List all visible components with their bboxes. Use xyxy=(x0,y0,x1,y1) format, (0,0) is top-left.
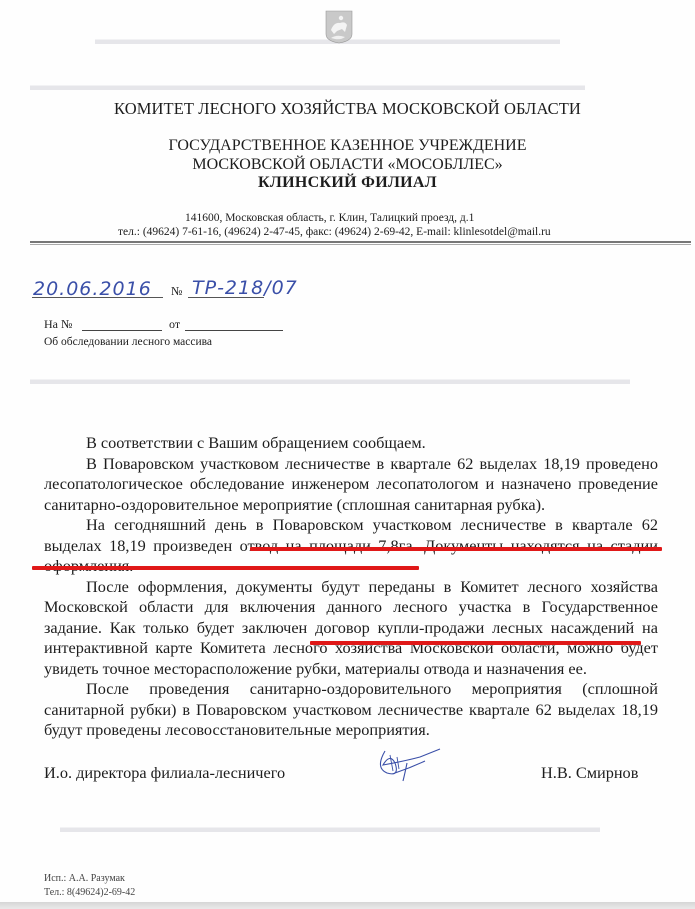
letterhead-divider-thin xyxy=(30,244,691,245)
reference-number-blank xyxy=(82,330,162,331)
reference-date-blank xyxy=(185,330,283,331)
number-underline xyxy=(188,297,264,298)
executor-phone: Тел.: 8(49624)2-69-42 xyxy=(44,887,135,898)
executor-name: Исп.: А.А. Разумак xyxy=(44,873,125,884)
handwritten-signature-icon xyxy=(365,743,445,793)
page-edge xyxy=(0,902,695,909)
highlight-underline xyxy=(250,547,662,551)
date-underline xyxy=(32,297,163,298)
highlight-underline xyxy=(310,641,641,645)
branch-name: КЛИНСКИЙ ФИЛИАЛ xyxy=(0,174,695,192)
paragraph-reforestation: После проведения санитарно-оздоровительн… xyxy=(44,679,658,741)
paragraph-inspection: В Поваровском участковом лесничестве в к… xyxy=(44,454,658,516)
coat-of-arms-icon xyxy=(325,10,353,44)
highlight-underline xyxy=(32,566,419,570)
signatory-name: Н.В. Смирнов xyxy=(541,763,638,783)
reference-number-label: На № xyxy=(44,317,72,332)
letter-subject: Об обследовании лесного массива xyxy=(44,336,212,348)
outgoing-number: ТР-218/07 xyxy=(192,277,298,299)
number-sign: № xyxy=(171,284,182,299)
paragraph-intro: В соответствии с Вашим обращением сообща… xyxy=(44,433,658,454)
contacts: тел.: (49624) 7-61-16, (49624) 2-47-45, … xyxy=(118,226,551,238)
bleed-through-text: ▬▬▬▬▬▬▬▬▬▬▬▬▬▬▬▬▬▬▬▬▬▬▬▬▬▬▬▬▬▬▬▬▬▬▬▬▬ xyxy=(30,78,585,95)
letter-body: В соответствии с Вашим обращением сообща… xyxy=(44,433,658,741)
bleed-through-text: ▬▬▬▬▬▬▬▬▬▬▬▬▬▬▬▬▬▬▬▬▬▬▬▬▬▬▬▬▬▬▬▬▬▬▬▬▬▬▬▬ xyxy=(30,372,630,389)
institution-name-line2: МОСКОВСКОЙ ОБЛАСТИ «МОСОБЛЛЕС» xyxy=(0,156,695,174)
reference-from-label: от xyxy=(169,317,180,332)
letterhead-divider xyxy=(30,241,691,243)
committee-name: КОМИТЕТ ЛЕСНОГО ХОЗЯЙСТВА МОСКОВСКОЙ ОБЛ… xyxy=(0,99,695,119)
institution-name-line1: ГОСУДАРСТВЕННОЕ КАЗЕННОЕ УЧРЕЖДЕНИЕ xyxy=(0,137,695,155)
address: 141600, Московская область, г. Клин, Тал… xyxy=(185,212,474,224)
paragraph-documents: После оформления, документы будут переда… xyxy=(44,577,658,680)
bleed-through-text: ▬▬▬▬▬▬▬▬▬▬▬▬▬▬▬▬▬▬▬▬▬▬▬▬▬▬▬▬▬▬▬▬▬▬▬▬ xyxy=(60,820,600,837)
signatory-title: И.о. директора филиала-лесничего xyxy=(44,763,285,783)
